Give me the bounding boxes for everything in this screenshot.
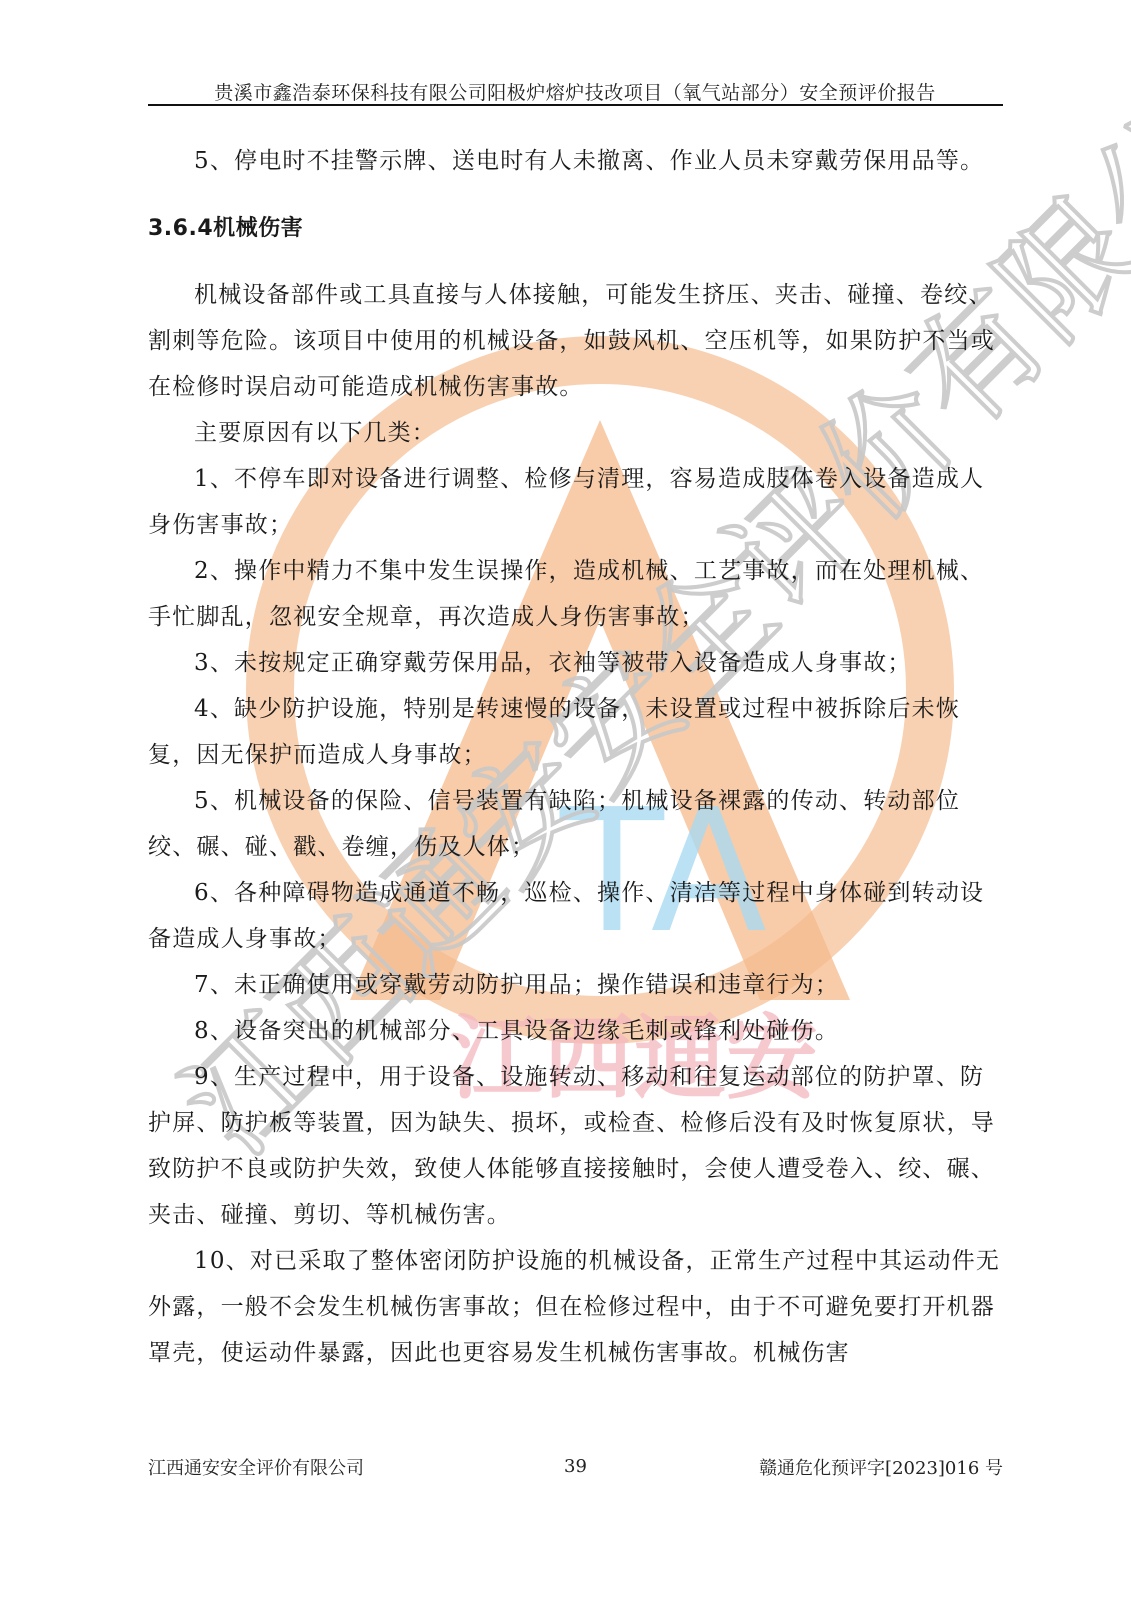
causes-intro: 主要原因有以下几类： <box>148 410 1003 456</box>
header-divider <box>148 104 1003 106</box>
cause-item: 8、设备突出的机械部分、工具设备边缘毛刺或锋利处碰伤。 <box>148 1008 1003 1054</box>
page-header-title: 贵溪市鑫浩泰环保科技有限公司阳极炉熔炉技改项目（氧气站部分）安全预评价报告 <box>150 78 1000 105</box>
cause-item: 9、生产过程中，用于设备、设施转动、移动和往复运动部位的防护罩、防护屏、防护板等… <box>148 1054 1003 1238</box>
overview-paragraph: 机械设备部件或工具直接与人体接触，可能发生挤压、夹击、碰撞、卷绞、割刺等危险。该… <box>148 272 1003 410</box>
cause-item: 4、缺少防护设施，特别是转速慢的设备，未设置或过程中被拆除后未恢复，因无保护而造… <box>148 686 1003 778</box>
section-heading: 3.6.4机械伤害 <box>148 206 1003 252</box>
cause-item: 7、未正确使用或穿戴劳动防护用品；操作错误和违章行为； <box>148 962 1003 1008</box>
cause-item: 3、未按规定正确穿戴劳保用品，衣袖等被带入设备造成人身事故； <box>148 640 1003 686</box>
cause-item: 5、机械设备的保险、信号装置有缺陷；机械设备裸露的传动、转动部位绞、碾、碰、戳、… <box>148 778 1003 870</box>
page-footer: 江西通安安全评价有限公司 39 赣通危化预评字[2023]016 号 <box>148 1454 1003 1482</box>
cause-item: 1、不停车即对设备进行调整、检修与清理，容易造成肢体卷入设备造成人身伤害事故； <box>148 456 1003 548</box>
cause-item: 10、对已采取了整体密闭防护设施的机械设备，正常生产过程中其运动件无外露，一般不… <box>148 1238 1003 1376</box>
document-body: 5、停电时不挂警示牌、送电时有人未撤离、作业人员未穿戴劳保用品等。 3.6.4机… <box>148 138 1003 1376</box>
footer-doc-number: 赣通危化预评字[2023]016 号 <box>759 1454 1003 1480</box>
cause-item: 6、各种障碍物造成通道不畅，巡检、操作、清洁等过程中身体碰到转动设备造成人身事故… <box>148 870 1003 962</box>
document-page: TA 江西通安 江西通安安全评价有限公司 贵溪市鑫浩泰环保科技有限公司阳极炉熔炉… <box>0 0 1131 1600</box>
cause-item: 2、操作中精力不集中发生误操作，造成机械、工艺事故，而在处理机械、手忙脚乱，忽视… <box>148 548 1003 640</box>
intro-item: 5、停电时不挂警示牌、送电时有人未撤离、作业人员未穿戴劳保用品等。 <box>148 138 1003 184</box>
